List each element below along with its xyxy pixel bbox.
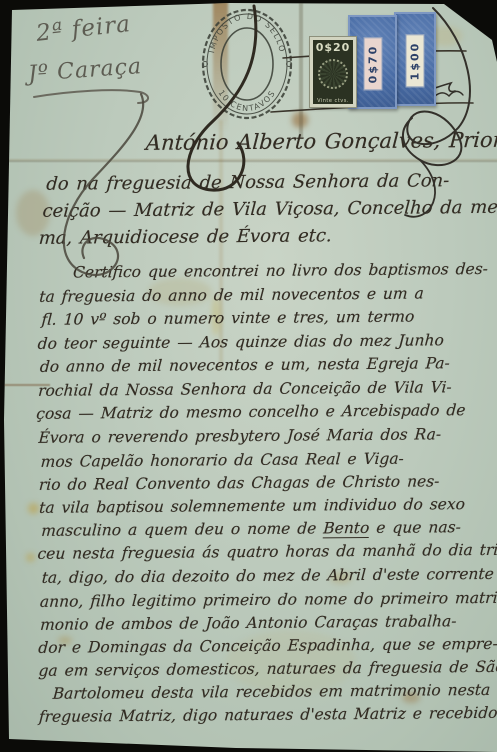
stamp-value-label: 0$70 [363, 37, 382, 90]
manuscript-line-bento: masculino a quem deu o nome de Bento e q… [41, 518, 462, 540]
revenue-stamp-100: 1$00 [394, 12, 436, 106]
paper-sheet: 2ª feira Jº Caraça IMPOSTO DO SELLO 10 C… [0, 0, 497, 752]
manuscript-line: fl. 10 vº sob o numero vinte e tres, um … [41, 308, 415, 329]
manuscript-line: monio de ambos de João Antonio Caraças t… [40, 612, 457, 634]
manuscript-line: anno, filho legitimo primeiro do nome do… [39, 589, 497, 611]
stamp-value-label: 1$00 [406, 34, 425, 87]
manuscript-line: ta vila baptisou solemnemente um individ… [39, 495, 466, 517]
manuscript-line: António Alberto Gonçalves, Prior encomen… [145, 127, 497, 155]
manuscript-line: ma, Arquidiocese de Évora etc. [38, 225, 332, 249]
manuscript-line: ceu nesta freguesia ás quatro horas da m… [37, 541, 497, 563]
manuscript-line: Évora o reverendo presbytero José Maria … [38, 425, 442, 447]
manuscript-line: rochial da Nossa Senhora da Conceição de… [38, 378, 453, 400]
manuscript-line: Bartolomeu desta vila recebidos em matri… [52, 681, 491, 703]
manuscript-line: freguesia Matriz, digo naturaes d'esta M… [38, 704, 497, 726]
manuscript-line: çosa — Matriz do mesmo concelho e Arcebi… [36, 401, 466, 423]
manuscript-line: do teor seguinte — Aos quinze dias do me… [37, 331, 444, 353]
stamp-value-label: 0$20 [313, 41, 353, 54]
manuscript-line: mos Capelão honorario da Casa Real e Vig… [40, 450, 404, 471]
manuscript-line: rio do Real Convento das Chagas de Chris… [38, 472, 440, 494]
manuscript-line: ceição — Matriz de Vila Viçosa, Concelho… [42, 197, 497, 222]
manuscript-line: do anno de mil novecentos e um, nesta Eg… [39, 354, 450, 376]
bento-line-post: e que nas- [369, 518, 462, 537]
baptized-name: Bento [323, 519, 370, 538]
stamp-subtext: Vinte ctvs. [313, 98, 353, 104]
bento-line-pre: masculino a quem deu o nome de [41, 519, 324, 539]
manuscript-line: do na freguesia de Nossa Senhora da Con- [46, 170, 450, 195]
manuscript-line: ta, digo, do dia dezoito do mez de Abril… [41, 565, 494, 587]
manuscript-line: ga em serviços domesticos, naturaes da f… [38, 658, 497, 680]
revenue-stamp-020: 0$20 Vinte ctvs. [310, 37, 356, 107]
manuscript-line: Certifico que encontrei no livro dos bap… [73, 260, 489, 282]
stamp-ornament [318, 59, 348, 89]
document-scan: { "pencil_note": { "line1": "2ª feira", … [0, 0, 497, 752]
manuscript-line: ta freguesia do anno de mil novecentos e… [39, 284, 425, 305]
manuscript-line: dor e Domingas da Conceição Espadinha, q… [38, 635, 497, 657]
manuscript-text: António Alberto Gonçalves, Prior encomen… [0, 0, 497, 752]
